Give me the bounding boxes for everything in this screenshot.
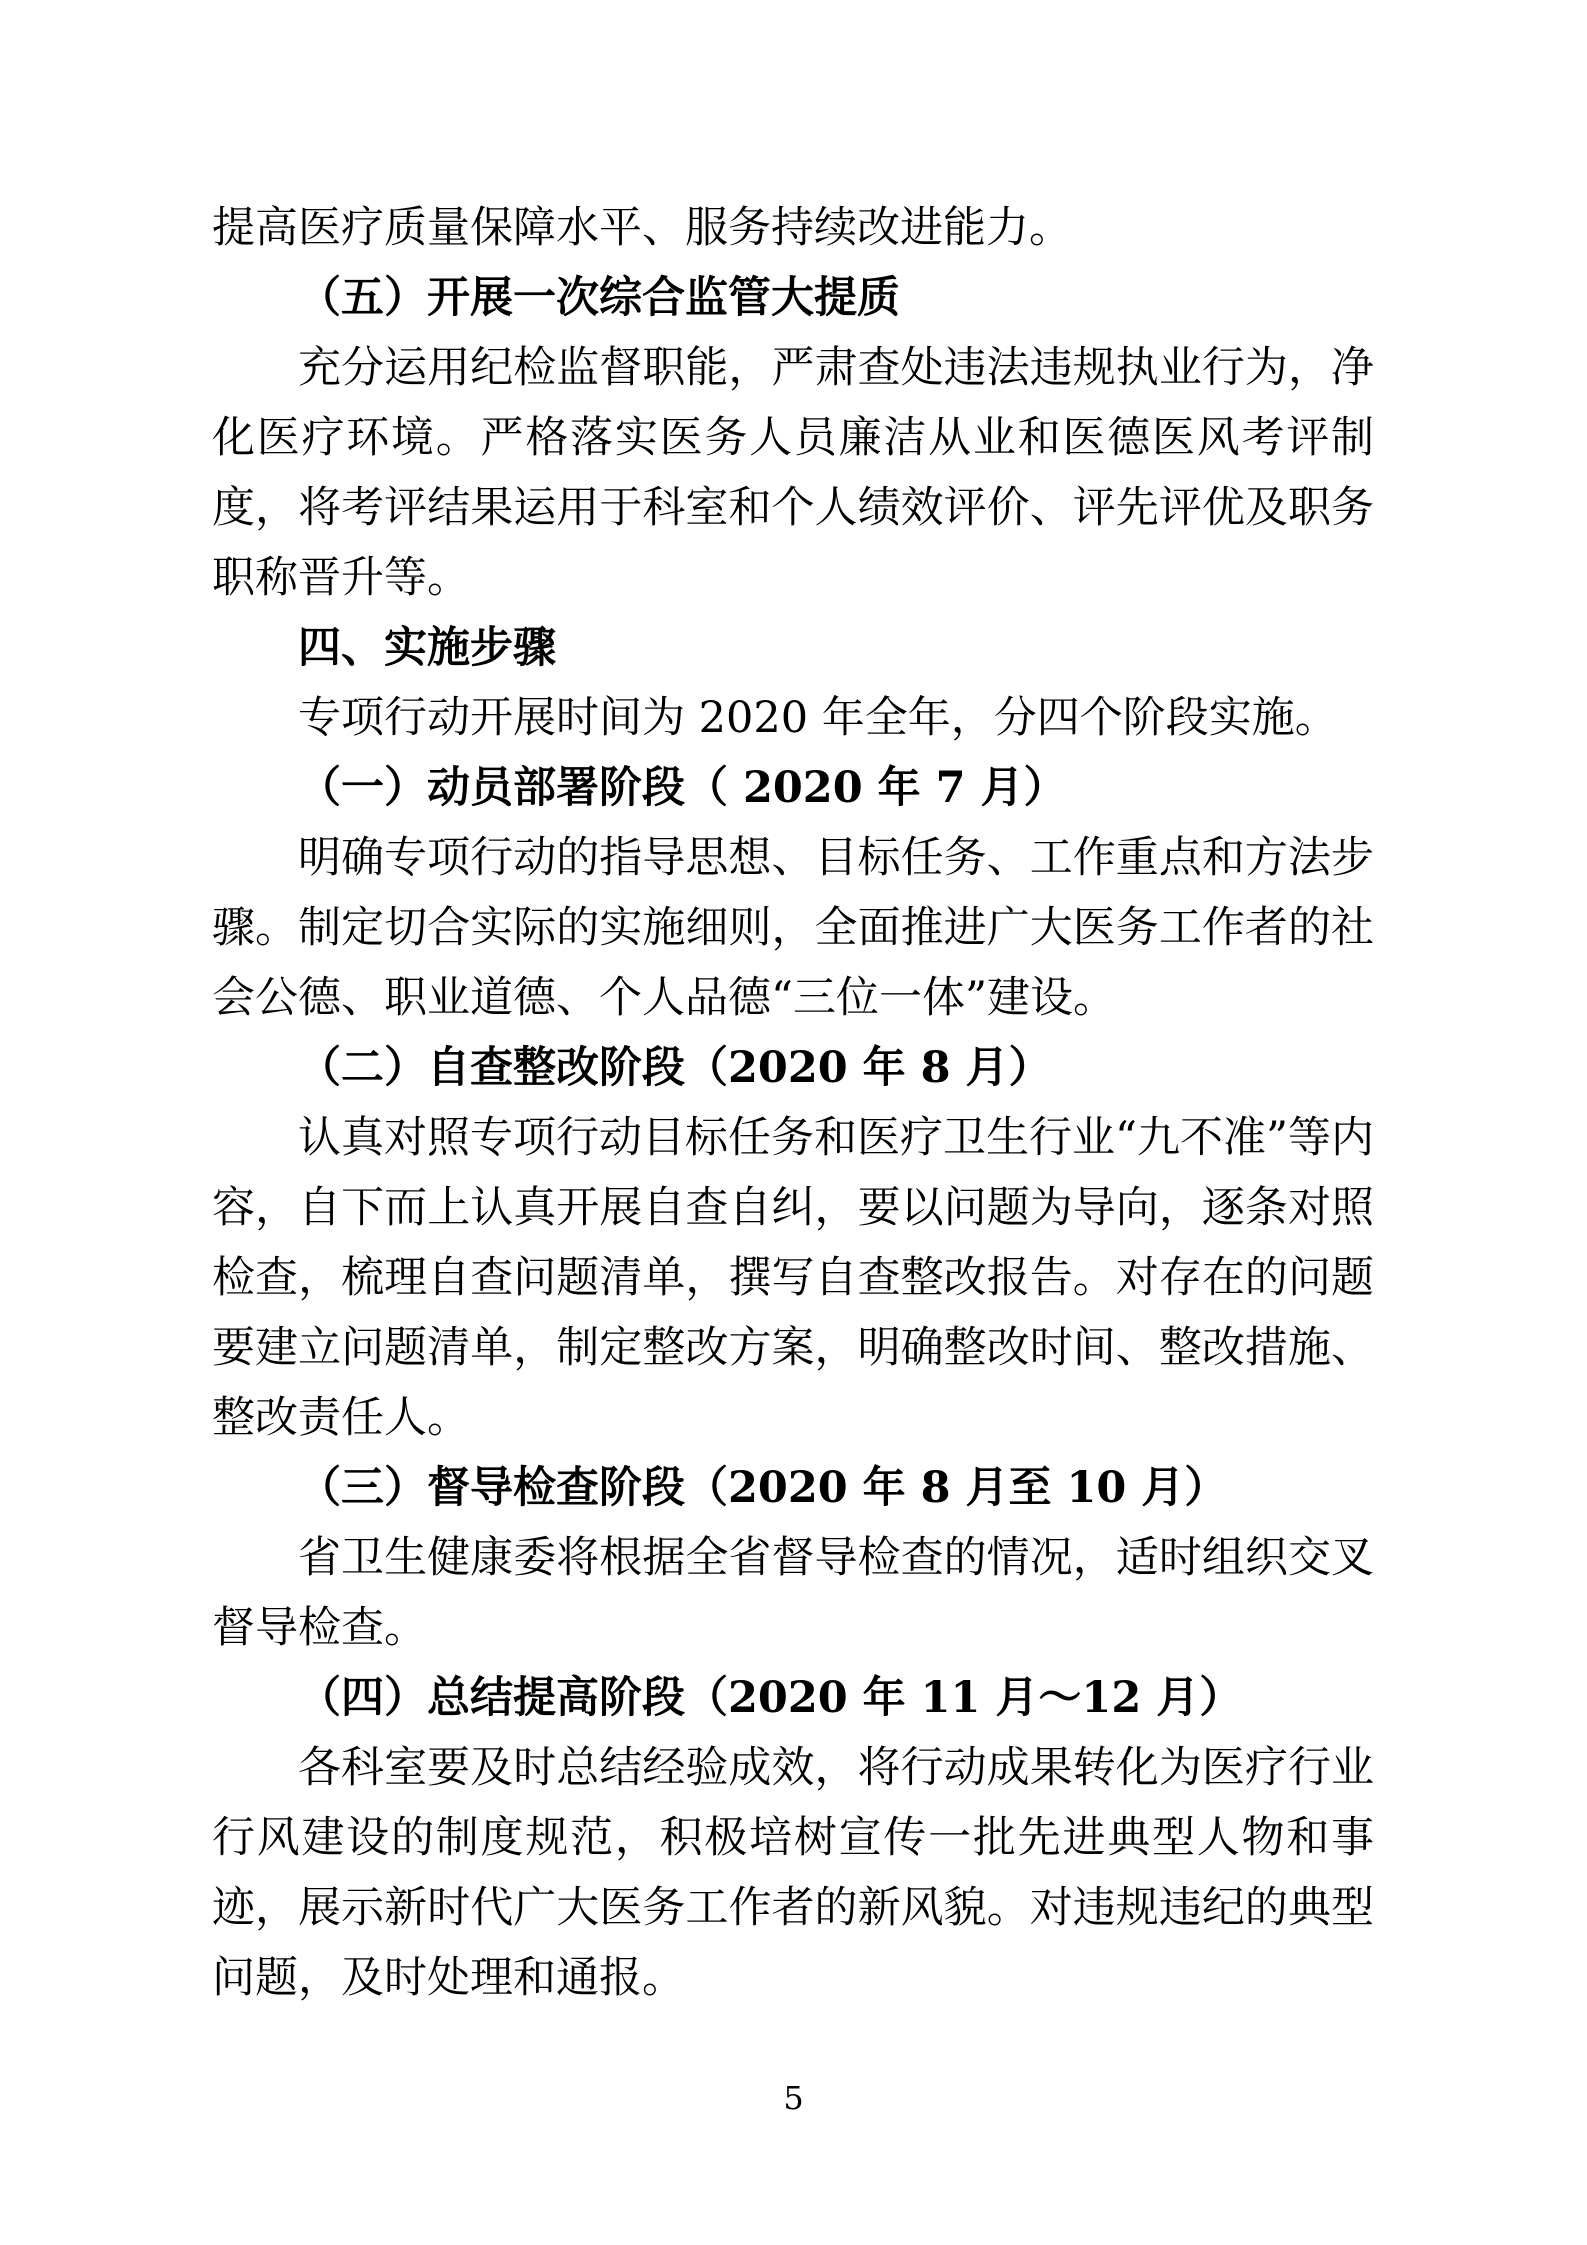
section-heading: （二）自查整改阶段（2020 年 8 月） bbox=[212, 1033, 1374, 1103]
paragraph: 提高医疗质量保障水平、服务持续改进能力。 bbox=[212, 193, 1374, 263]
paragraph: 明确专项行动的指导思想、目标任务、工作重点和方法步骤。制定切合实际的实施细则，全… bbox=[212, 823, 1374, 1033]
document-page: 提高医疗质量保障水平、服务持续改进能力。（五）开展一次综合监管大提质充分运用纪检… bbox=[0, 0, 1587, 2245]
document-body: 提高医疗质量保障水平、服务持续改进能力。（五）开展一次综合监管大提质充分运用纪检… bbox=[212, 193, 1374, 2013]
paragraph: 省卫生健康委将根据全省督导检查的情况，适时组织交叉督导检查。 bbox=[212, 1523, 1374, 1663]
paragraph: 各科室要及时总结经验成效，将行动成果转化为医疗行业行风建设的制度规范，积极培树宣… bbox=[212, 1733, 1374, 2013]
section-heading: （五）开展一次综合监管大提质 bbox=[212, 263, 1374, 333]
paragraph: 专项行动开展时间为 2020 年全年，分四个阶段实施。 bbox=[212, 683, 1374, 753]
section-heading: （一）动员部署阶段（ 2020 年 7 月） bbox=[212, 753, 1374, 823]
paragraph: 充分运用纪检监督职能，严肃查处违法违规执业行为，净化医疗环境。严格落实医务人员廉… bbox=[212, 333, 1374, 613]
section-heading: （四）总结提高阶段（2020 年 11 月～12 月） bbox=[212, 1663, 1374, 1733]
section-heading: （三）督导检查阶段（2020 年 8 月至 10 月） bbox=[212, 1453, 1374, 1523]
page-number: 5 bbox=[0, 2078, 1587, 2118]
section-heading: 四、实施步骤 bbox=[212, 613, 1374, 683]
paragraph: 认真对照专项行动目标任务和医疗卫生行业“九不准”等内容，自下而上认真开展自查自纠… bbox=[212, 1103, 1374, 1453]
